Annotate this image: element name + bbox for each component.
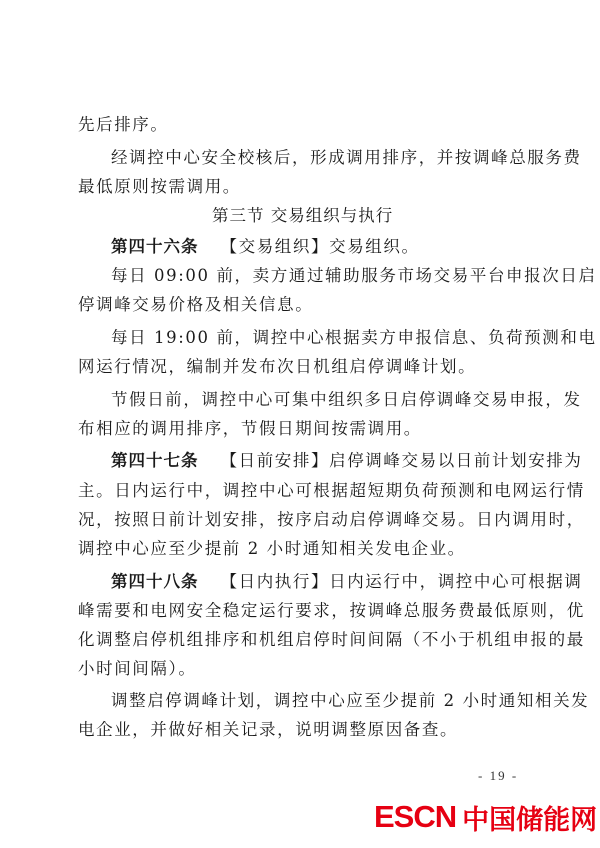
text-line: 经调控中心安全校核后，形成调用排序，并按调峰总服务费: [111, 143, 582, 173]
article-title: 【交易组织】交易组织。: [221, 237, 420, 256]
article-47-title: 第四十七条【日前安排】启停调峰交易以日前计划安排为: [111, 446, 583, 476]
text-line: 峰需要和电网安全稳定运行要求，按调峰总服务费最低原则，优: [78, 596, 585, 626]
logo-text-en: ESCN: [374, 799, 456, 835]
text-line: 布相应的调用排序，节假日期间按需调用。: [78, 414, 422, 444]
article-46-title: 第四十六条【交易组织】交易组织。: [111, 232, 420, 262]
text-line: 主。日内运行中，调控中心可根据超短期负荷预测和电网运行情: [78, 476, 585, 506]
text-line: 小时间间隔）。: [78, 654, 196, 684]
text-line: 每日 19:00 前，调控中心根据卖方申报信息、负荷预测和电: [111, 323, 597, 353]
text-line: 调控中心应至少提前 2 小时通知相关发电企业。: [78, 534, 466, 564]
text-line: 网运行情况，编制并发布次日机组启停调峰计划。: [78, 352, 476, 382]
article-number: 第四十八条: [111, 572, 199, 591]
escn-logo: ESCN 中国储能网: [374, 800, 597, 834]
text-line: 节假日前，调控中心可集中组织多日启停调峰交易申报，发: [111, 385, 582, 415]
text-line: 停调峰交易价格及相关信息。: [78, 290, 313, 320]
text-line: 电企业，并做好相关记录，说明调整原因备查。: [78, 715, 458, 745]
text-line: 调整启停调峰计划，调控中心应至少提前 2 小时通知相关发: [111, 686, 589, 716]
text-line: 最低原则按需调用。: [78, 172, 241, 202]
article-number: 第四十七条: [111, 451, 199, 470]
article-48-title: 第四十八条【日内执行】日内运行中，调控中心可根据调: [111, 567, 583, 597]
text-line: 况，按照日前计划安排，按序启动启停调峰交易。日内调用时，: [78, 505, 585, 535]
logo-text-cn: 中国储能网: [462, 798, 597, 837]
article-title: 【日内执行】日内运行中，调控中心可根据调: [221, 572, 583, 591]
article-title: 【日前安排】启停调峰交易以日前计划安排为: [221, 451, 583, 470]
text-line: 先后排序。: [78, 110, 169, 140]
page-number: - 19 -: [478, 768, 518, 784]
text-line: 每日 09:00 前，卖方通过辅助服务市场交易平台申报次日启: [111, 261, 597, 291]
article-number: 第四十六条: [111, 237, 199, 256]
text-line: 化调整启停机组排序和机组启停时间间隔（不小于机组申报的最: [78, 625, 585, 655]
section-heading: 第三节 交易组织与执行: [212, 201, 393, 231]
